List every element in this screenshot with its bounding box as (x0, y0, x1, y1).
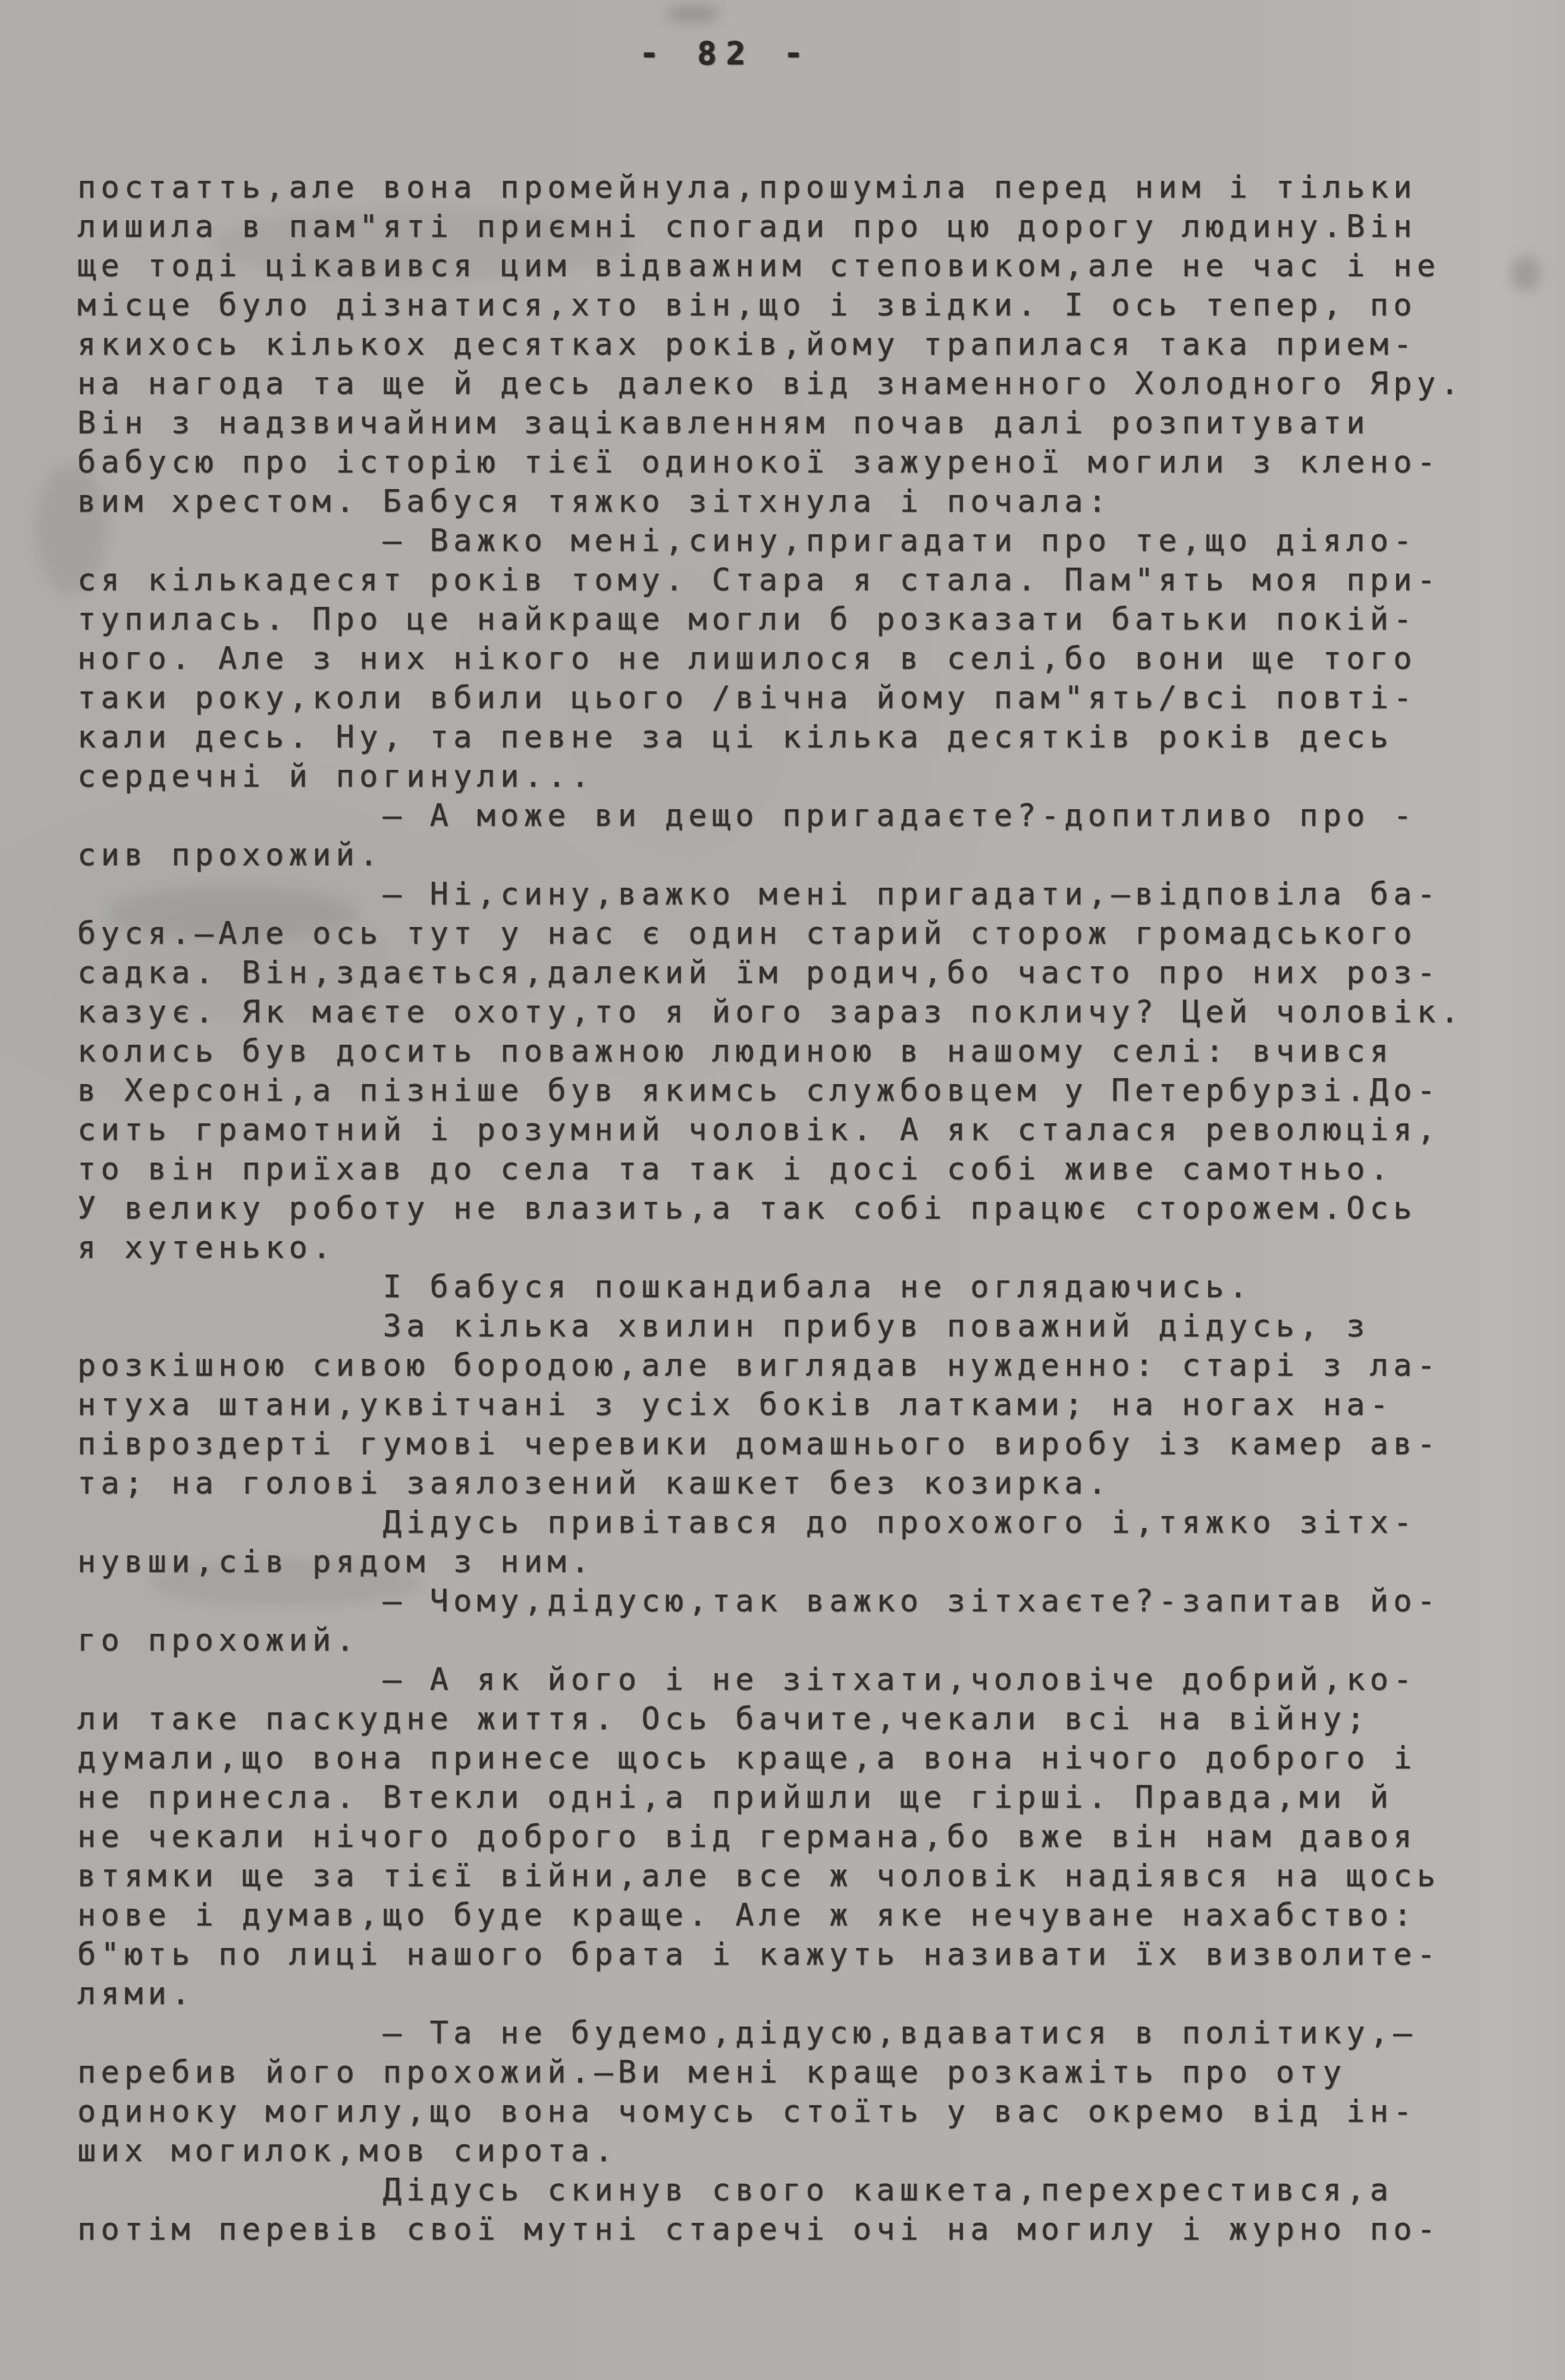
text-line: го прохожий. (77, 1621, 1464, 1660)
text-line: кали десь. Ну, та певне за ці кілька дес… (77, 718, 1464, 757)
text-line: буся.—Але ось тут у нас є один старий ст… (77, 914, 1464, 953)
text-line: думали,що вона принесе щось краще,а вона… (77, 1739, 1464, 1778)
text-line: Він з надзвичайним зацікавленням почав д… (77, 403, 1464, 443)
text-line: ще тоді цікавився цим відважним степовик… (77, 246, 1464, 286)
scanned-typewritten-page: { "colors": { "paper": "#b1b0ae", "ink":… (0, 0, 1565, 2380)
text-line: не чекали нічого доброго від германа,бо … (77, 1817, 1464, 1856)
text-line: колись був досить поважною людиною в наш… (77, 1032, 1464, 1071)
text-line: За кілька хвилин прибув поважний дідусь,… (77, 1307, 1464, 1346)
text-line: — Чому,дідусю,так важко зітхаєте?-запита… (77, 1582, 1464, 1621)
text-line: казує. Як маєте охоту,то я його зараз по… (77, 992, 1464, 1032)
text-line: я хутенько. (77, 1228, 1464, 1267)
text-line: тупилась. Про це найкраще могли б розказ… (77, 600, 1464, 639)
text-line: сить грамотний і розумний чоловік. А як … (77, 1110, 1464, 1150)
text-line: Дідусь привітався до прохожого і,тяжко з… (77, 1503, 1464, 1542)
text-line: втямки ще за тієї війни,але все ж чолові… (77, 1856, 1464, 1896)
text-line: ного. Але з них нікого не лишилося в сел… (77, 639, 1464, 678)
text-line: потім перевів свої мутні старечі очі на … (77, 2210, 1464, 2249)
text-line: півроздерті гумові черевики домашнього в… (77, 1424, 1464, 1464)
text-line: в Херсоні,а пізніше був якимсь службовце… (77, 1071, 1464, 1110)
text-line: нтуха штани,уквітчані з усіх боків латка… (77, 1385, 1464, 1424)
text-line: одиноку могилу,що вона чомусь стоїть у в… (77, 2092, 1464, 2131)
text-line: У велику роботу не влазить,а так собі пр… (77, 1189, 1464, 1228)
text-line: перебив його прохожий.—Ви мені краще роз… (77, 2053, 1464, 2092)
text-line: — А може ви дещо пригадаєте?-допитливо п… (77, 796, 1464, 835)
text-line: — А як його і не зітхати,чоловіче добрий… (77, 1660, 1464, 1699)
text-line: бабусю про історію тієї одинокої зажурен… (77, 443, 1464, 482)
text-line: лями. (77, 1974, 1464, 2013)
text-line: нувши,сів рядом з ним. (77, 1542, 1464, 1582)
text-line: місце було дізнатися,хто він,що і звідки… (77, 286, 1464, 325)
paper-background: - 82 - постатть,але вона промейнула,прош… (0, 0, 1565, 2380)
text-line: — Важко мені,сину,пригадати про те,що ді… (77, 521, 1464, 560)
page-number: - 82 - (639, 35, 813, 72)
text-line: вим хрестом. Бабуся тяжко зітхнула і поч… (77, 482, 1464, 521)
text-line: якихось кількох десятках років,йому трап… (77, 325, 1464, 364)
text-line: таки року,коли вбили цього /вічна йому п… (77, 678, 1464, 718)
text-line: — Ні,сину,важко мені пригадати,—відповіл… (77, 875, 1464, 914)
text-line: ших могилок,мов сирота. (77, 2131, 1464, 2171)
text-line: то він приїхав до села та так і досі соб… (77, 1150, 1464, 1189)
text-line: б"ють по лиці нашого брата і кажуть нази… (77, 1935, 1464, 1974)
text-line: ли таке паскудне життя. Ось бачите,чекал… (77, 1699, 1464, 1739)
page-text: постатть,але вона промейнула,прошуміла п… (77, 168, 1464, 2249)
text-line: постатть,але вона промейнула,прошуміла п… (77, 168, 1464, 207)
text-line: не принесла. Втекли одні,а прийшли ще гі… (77, 1778, 1464, 1817)
text-line: ся кількадесят років тому. Стара я стала… (77, 560, 1464, 600)
text-line: сердечні й погинули... (77, 757, 1464, 796)
text-line: — Та не будемо,дідусю,вдаватися в політи… (77, 2013, 1464, 2053)
text-line: та; на голові заялозений кашкет без кози… (77, 1464, 1464, 1503)
text-line: садка. Він,здається,далекий їм родич,бо … (77, 953, 1464, 992)
text-line: сив прохожий. (77, 835, 1464, 875)
text-line: І бабуся пошкандибала не оглядаючись. (77, 1267, 1464, 1307)
text-line: розкішною сивою бородою,але виглядав нуж… (77, 1346, 1464, 1385)
text-line: лишила в пам"яті приємні спогади про цю … (77, 207, 1464, 246)
ink-smudge (666, 5, 720, 23)
text-line: нове і думав,що буде краще. Але ж яке не… (77, 1896, 1464, 1935)
text-line: на нагода та ще й десь далеко від знамен… (77, 364, 1464, 403)
ink-smudge (1511, 256, 1541, 292)
text-line: Дідусь скинув свого кашкета,перехрестивс… (77, 2171, 1464, 2210)
